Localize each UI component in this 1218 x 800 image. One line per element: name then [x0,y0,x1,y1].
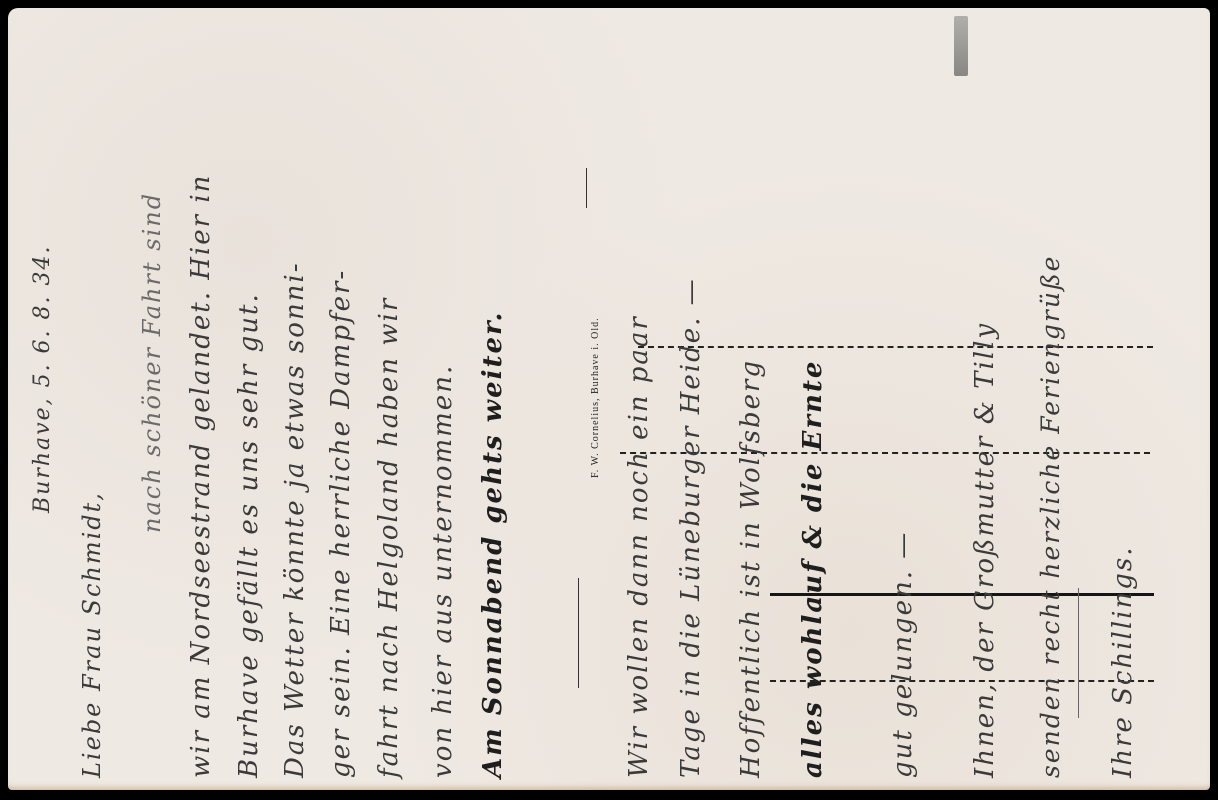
message-line: alles wohlauf & die Ernte [798,360,828,778]
message-line: senden recht herzliche Feriengrüße [1036,255,1065,778]
date-line: Burhave, 5. 6. 8. 34. [30,244,55,513]
signature: Ihre Schillings. [1108,546,1138,778]
message-line: wir am Nordseestrand gelandet. Hier in [186,174,216,778]
address-vertical-mark [1078,588,1079,718]
message-line: gut gelungen. — [888,531,918,778]
message-line: Das Wetter könnte ja etwas sonni- [280,261,310,778]
message-line: Wir wollen dann noch ein paar [624,315,654,778]
message-line: fahrt nach Helgoland haben wir [374,297,404,778]
publisher-imprint: F. W. Cornelius, Burhave i. Old. [590,317,601,478]
address-line-1 [638,346,1153,348]
message-line: Am Sonnabend gehts weiter. [478,311,508,778]
center-divider-top [586,168,587,208]
message-line: Ihnen, der Großmutter & Tilly [970,322,1000,778]
message-line: Hoffentlich ist in Wolfsberg [736,359,766,778]
message-line: von hier aus unternommen. [428,364,458,778]
message-line: Burhave gefällt es uns sehr gut. [234,292,264,778]
message-line: Tage in die Lüneburger Heide. — [676,277,706,778]
ink-smudge [954,16,968,76]
center-divider-bottom [578,578,579,688]
message-line: nach schöner Fahrt sind [138,192,166,533]
salutation: Liebe Frau Schmidt, [78,491,106,778]
message-line: ger sein. Eine herrliche Dampfer- [326,269,356,778]
postcard: F. W. Cornelius, Burhave i. Old. Burhave… [8,8,1210,790]
